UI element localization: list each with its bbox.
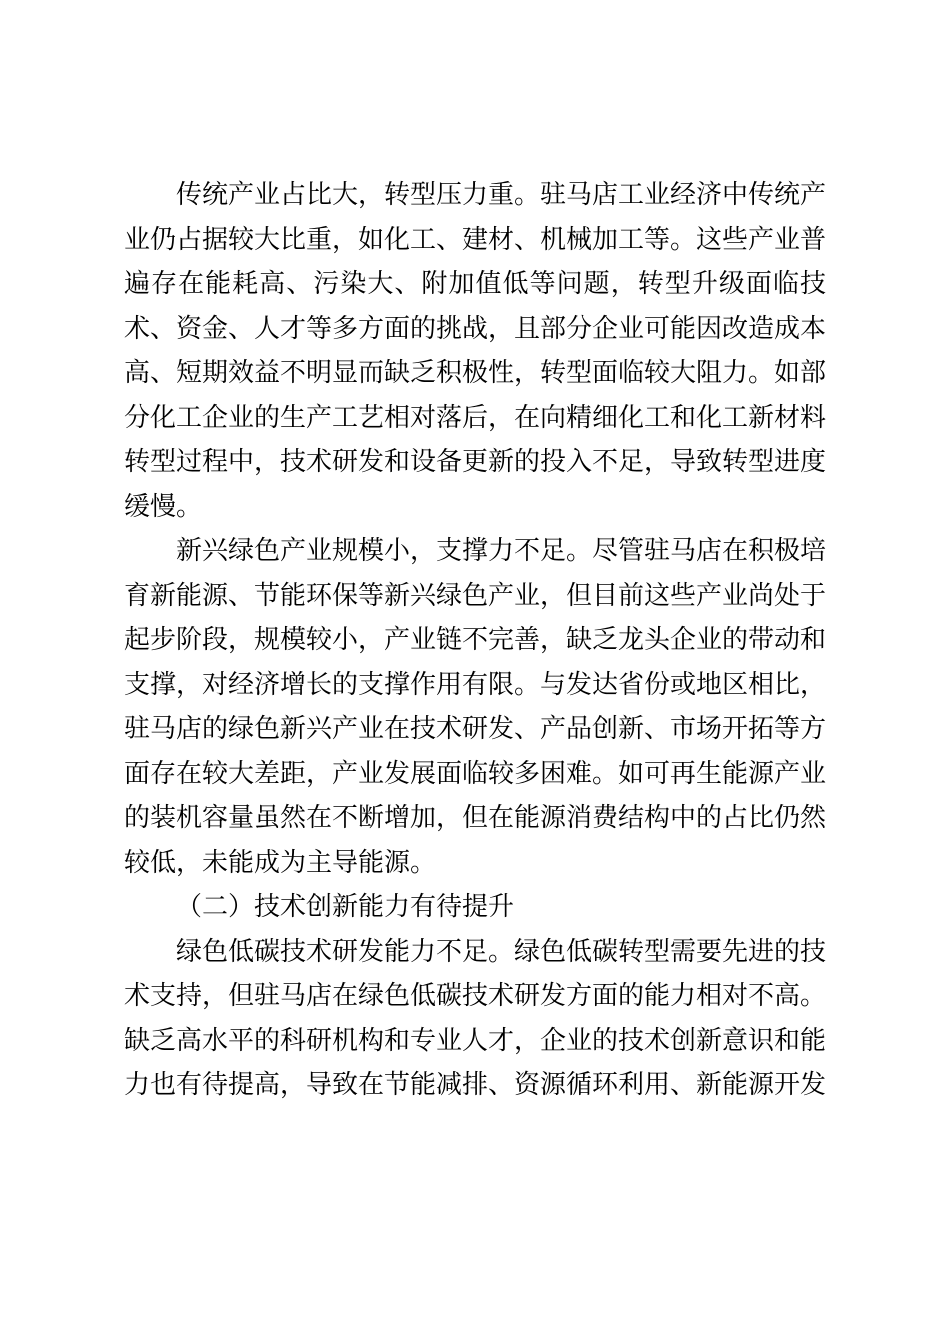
body-paragraph: 绿色低碳技术研发能力不足。绿色低碳转型需要先进的技术支持，但驻马店在绿色低碳技术… [124,929,826,1107]
document-page: 传统产业占比大，转型压力重。驻马店工业经济中传统产业仍占据较大比重，如化工、建材… [0,0,950,1344]
document-body: 传统产业占比大，转型压力重。驻马店工业经济中传统产业仍占据较大比重，如化工、建材… [0,0,950,1107]
section-heading: （二）技术创新能力有待提升 [124,884,826,929]
body-paragraph: 新兴绿色产业规模小，支撑力不足。尽管驻马店在积极培育新能源、节能环保等新兴绿色产… [124,528,826,884]
body-paragraph: 传统产业占比大，转型压力重。驻马店工业经济中传统产业仍占据较大比重，如化工、建材… [124,172,826,528]
